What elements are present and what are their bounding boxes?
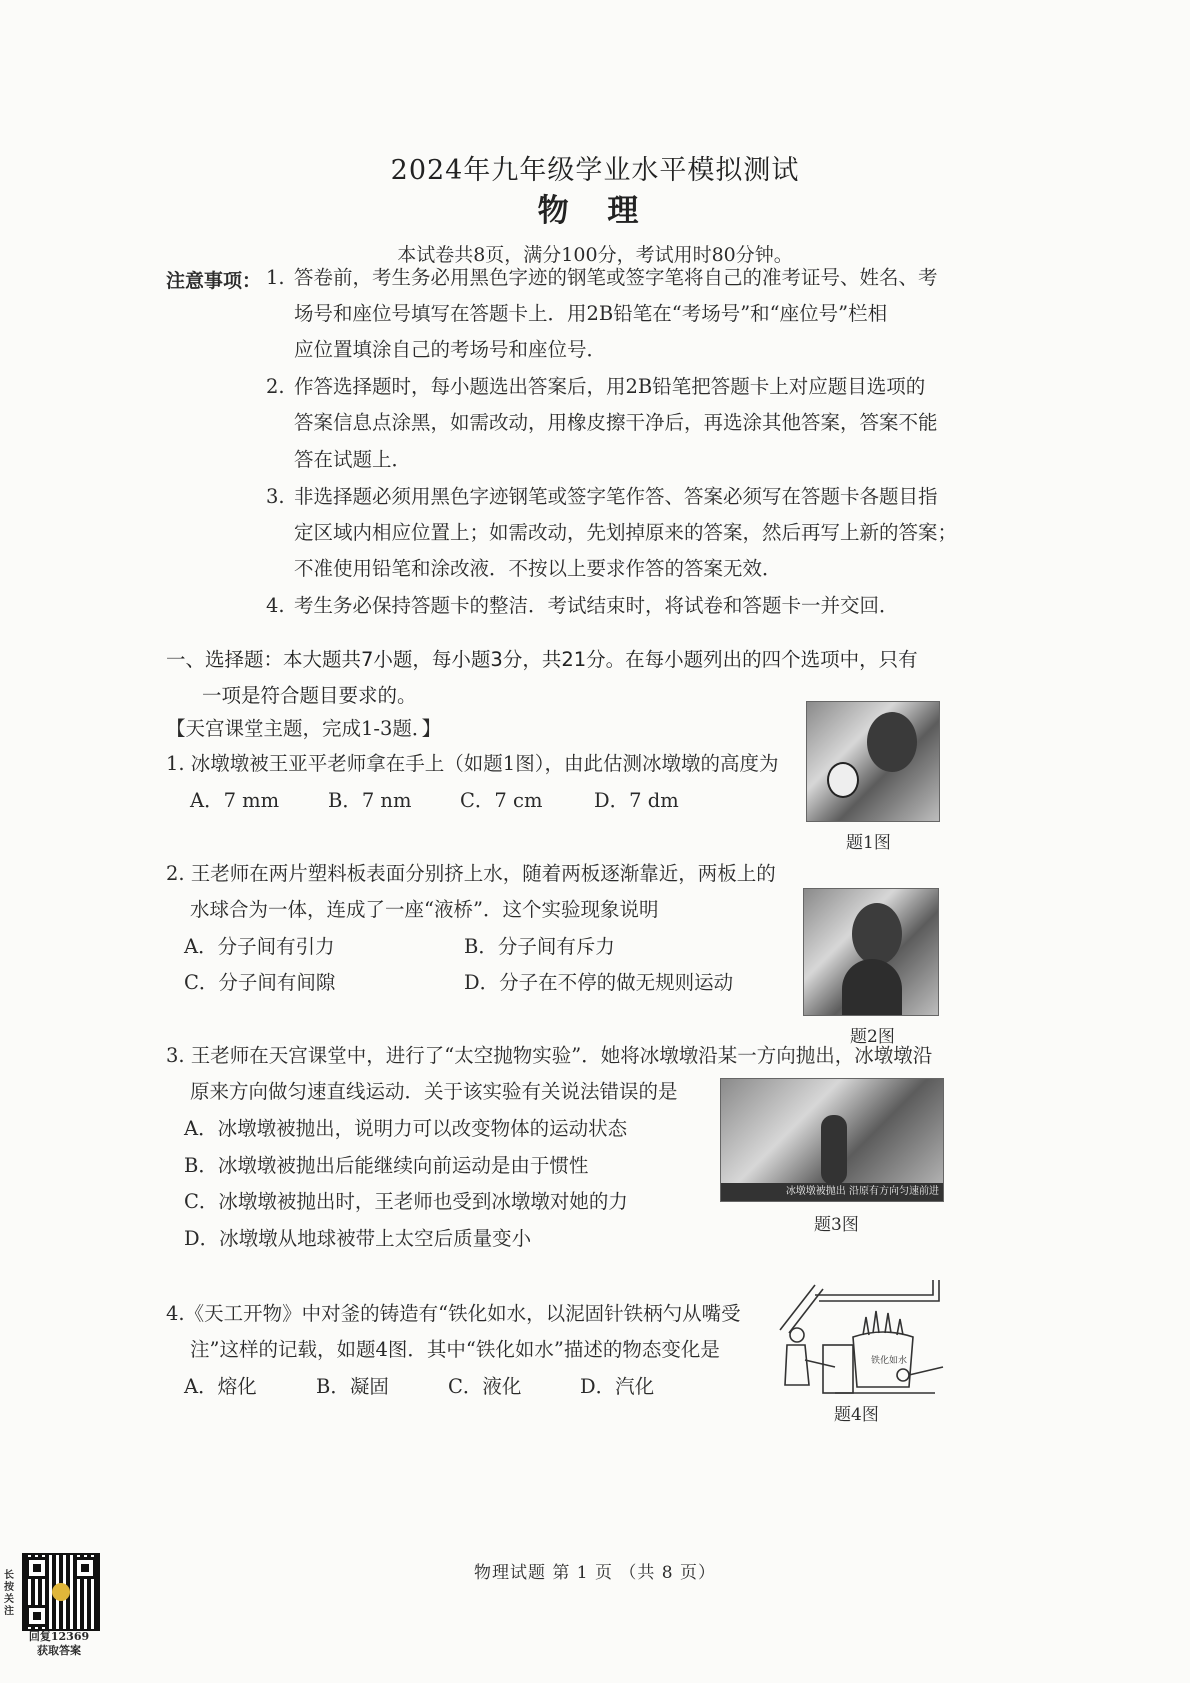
qr-logo-icon	[52, 1583, 70, 1601]
q1-option-d: D．7 dm	[594, 789, 679, 813]
notice-1-line-2: 场号和座位号填写在答题卡上．用2B铅笔在“考场号”和“座位号”栏相	[294, 302, 887, 326]
qr-caption: 回复12369 获取答案	[18, 1630, 100, 1658]
exam-subject: 物 理	[0, 185, 1190, 230]
q4-option-a: A．熔化	[184, 1375, 257, 1399]
notice-1-line-3: 应位置填涂自己的考场号和座位号．	[294, 338, 606, 362]
qr-finder-icon	[26, 1605, 48, 1627]
q2-stem-line-2: 水球合为一体，连成了一座“液桥”．这个实验现象说明	[190, 898, 658, 922]
notice-2-line-1: 作答选择题时，每小题选出答案后，用2B铅笔把答题卡上对应题目选项的	[294, 375, 925, 399]
exam-title: 2024年九年级学业水平模拟测试	[0, 148, 1190, 187]
qr-caption-line-1: 回复12369	[18, 1630, 100, 1644]
q4-stem-line-2: 注”这样的记载，如题4图．其中“铁化如水”描述的物态变化是	[190, 1338, 720, 1362]
q4-figure-label: 铁化如水	[871, 1354, 907, 1366]
q4-option-c: C．液化	[448, 1375, 521, 1399]
notice-2-line-2: 答案信息点涂黑，如需改动，用橡皮擦干净后，再选涂其他答案，答案不能	[294, 411, 938, 435]
q3-stem-line-2: 原来方向做匀速直线运动．关于该实验有关说法错误的是	[190, 1080, 678, 1104]
section-heading: 一、选择题：本大题共7小题，每小题3分，共21分。在每小题列出的四个选项中，只有	[166, 644, 918, 672]
q3-option-b: B．冰墩墩被抛出后能继续向前运动是由于惯性	[184, 1154, 588, 1178]
notice-4-line-1: 考生务必保持答题卡的整洁．考试结束时，将试卷和答题卡一并交回．	[294, 594, 899, 618]
q4-stem-line-1: 4.《天工开物》中对釜的铸造有“铁化如水，以泥固针铁柄勺从嘴受	[166, 1302, 741, 1326]
qr-finder-icon	[26, 1557, 48, 1579]
q3-figure-banner: 冰墩墩被抛出 沿原有方向匀速前进	[721, 1183, 943, 1201]
q3-option-d: D．冰墩墩从地球被带上太空后质量变小	[184, 1227, 531, 1251]
q1-option-b: B．7 nm	[328, 789, 412, 813]
section-heading-line-2: 一项是符合题目要求的。	[202, 680, 417, 708]
qr-code[interactable]	[22, 1553, 100, 1631]
notice-3-line-2: 定区域内相应位置上；如需改动，先划掉原来的答案，然后再写上新的答案；	[294, 521, 957, 545]
q3-option-c: C．冰墩墩被抛出时，王老师也受到冰墩墩对她的力	[184, 1190, 628, 1214]
notice-3-line-1: 非选择题必须用黑色字迹钢笔或签字笔作答、答案必须写在答题卡各题目指	[294, 485, 938, 509]
notice-num-2: 2.	[266, 375, 285, 399]
q1-stem: 1. 冰墩墩被王亚平老师拿在手上（如题1图），由此估测冰墩墩的高度为	[166, 752, 778, 776]
q3-option-a: A．冰墩墩被抛出，说明力可以改变物体的运动状态	[184, 1117, 627, 1141]
q4-figure-illustration: 铁化如水	[775, 1275, 945, 1403]
exam-info: 本试卷共8页，满分100分，考试用时80分钟。	[0, 240, 1190, 267]
page-footer: 物理试题 第 1 页 （共 8 页）	[0, 1558, 1190, 1583]
notice-num-4: 4.	[266, 594, 285, 618]
q4-option-b: B．凝固	[316, 1375, 389, 1399]
notice-label: 注意事项：	[166, 266, 261, 293]
notice-num-1: 1.	[266, 266, 285, 290]
q1-option-c: C．7 cm	[460, 789, 542, 813]
q2-option-b: B．分子间有斥力	[464, 935, 615, 959]
qr-caption-line-2: 获取答案	[18, 1644, 100, 1658]
q4-option-d: D．汽化	[580, 1375, 654, 1399]
q1-figure-photo	[806, 701, 940, 822]
q3-figure-photo: 冰墩墩被抛出 沿原有方向匀速前进	[720, 1078, 944, 1202]
notice-num-3: 3.	[266, 485, 285, 509]
q1-option-a: A．7 mm	[190, 789, 279, 813]
qr-side-text: 长按关注	[4, 1570, 16, 1618]
q4-figure-caption: 题4图	[834, 1400, 879, 1425]
q2-option-d: D．分子在不停的做无规则运动	[464, 971, 733, 995]
notice-3-line-3: 不准使用铅笔和涂改液．不按以上要求作答的答案无效．	[294, 557, 782, 581]
q2-stem-line-1: 2. 王老师在两片塑料板表面分别挤上水，随着两板逐渐靠近，两板上的	[166, 862, 776, 886]
notice-2-line-3: 答在试题上．	[294, 448, 411, 472]
theme-note: 【天宫课堂主题，完成1-3题．】	[166, 717, 441, 741]
qr-finder-icon	[74, 1557, 96, 1579]
q2-option-a: A．分子间有引力	[184, 935, 335, 959]
q2-option-c: C．分子间有间隙	[184, 971, 335, 995]
notice-1-line-1: 答卷前，考生务必用黑色字迹的钢笔或签字笔将自己的准考证号、姓名、考	[294, 266, 938, 290]
q3-figure-caption: 题3图	[814, 1210, 859, 1235]
q3-stem-line-1: 3. 王老师在天宫课堂中，进行了“太空抛物实验”．她将冰墩墩沿某一方向抛出，冰墩…	[166, 1044, 932, 1068]
q2-figure-photo	[803, 888, 939, 1016]
q1-figure-caption: 题1图	[846, 828, 891, 853]
